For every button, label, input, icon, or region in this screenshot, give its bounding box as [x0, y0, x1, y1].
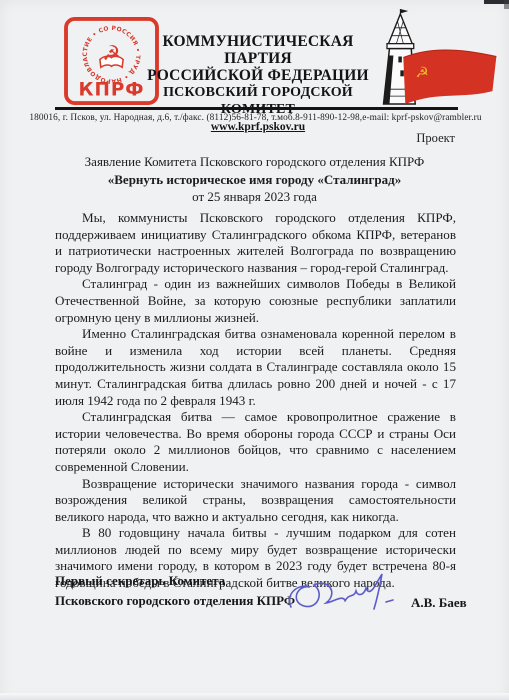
signer-name: А.В. Баев	[411, 593, 467, 613]
red-flag-icon: ☭	[403, 50, 496, 104]
org-name-line1: КОММУНИСТИЧЕСКАЯ ПАРТИЯ	[128, 33, 388, 67]
hammer-sickle-icon: ☭	[102, 41, 120, 65]
paragraph: Сталинград - один из важнейших символов …	[55, 276, 456, 326]
contact-info-line: 180016, г. Псков, ул. Народная, д.6, т./…	[28, 113, 483, 123]
scan-bottom-edge	[0, 693, 509, 700]
draft-status-label: Проект	[416, 131, 455, 146]
title-line1: Заявление Комитета Псковского городского…	[0, 153, 509, 171]
scan-corner-artifact-edge	[504, 0, 509, 9]
document-body: Мы, коммунисты Псковского городского отд…	[55, 210, 456, 592]
signer-role-line1: Первый секретарь Комитета	[55, 571, 475, 591]
handwritten-signature	[283, 571, 405, 625]
title-date-line: от 25 января 2023 года	[0, 188, 509, 206]
paragraph: Мы, коммунисты Псковского городского отд…	[55, 210, 456, 276]
letterhead-divider	[55, 107, 458, 110]
scanned-letter-page: РОССИЯ • ТРУД • НАРОДОВЛАСТИЕ • СОЦИАЛИЗ…	[0, 0, 509, 700]
title-line2: «Вернуть историческое имя городу «Сталин…	[0, 171, 509, 189]
signature-block: Первый секретарь Комитета Псковского гор…	[55, 571, 475, 610]
paragraph: Возвращение исторически значимого назван…	[55, 476, 456, 526]
kremlin-tower-flag-art: ☭	[370, 8, 502, 107]
org-name-line2: РОССИЙСКОЙ ФЕДЕРАЦИИ	[128, 67, 388, 84]
paragraph: Именно Сталинградская битва ознаменовала…	[55, 326, 456, 409]
paragraph: Сталинградская битва — самое кровопролит…	[55, 409, 456, 475]
document-title-block: Заявление Комитета Псковского городского…	[0, 153, 509, 206]
flag-hammer-sickle-icon: ☭	[415, 63, 428, 81]
